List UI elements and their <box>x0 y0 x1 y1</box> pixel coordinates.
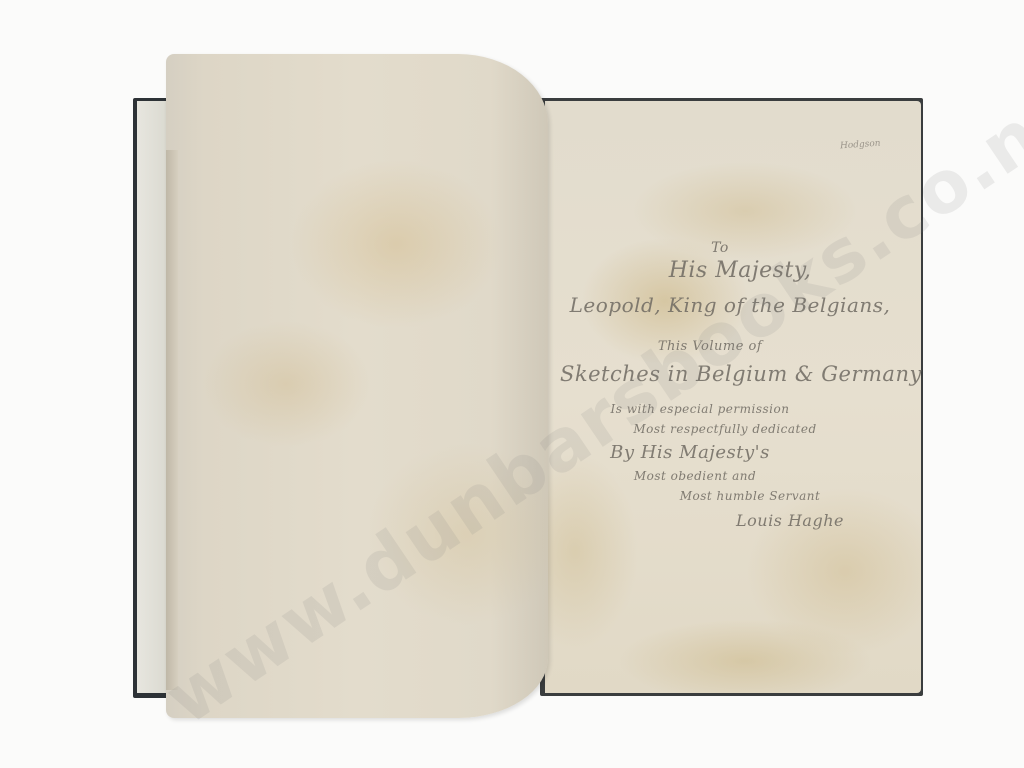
dedication-line: Sketches in Belgium & Germany <box>560 362 900 386</box>
dedication-line: Most obedient and <box>490 469 900 483</box>
dedication-line: By His Majesty's <box>480 442 900 463</box>
dedication-signature: Louis Haghe <box>680 511 900 530</box>
dedication-line: To <box>540 240 900 256</box>
book-photo: Hodgson To His Majesty, Leopold, King of… <box>0 0 1024 768</box>
dedication-line: This Volume of <box>520 339 900 354</box>
turned-blank-page <box>166 54 548 718</box>
dedication-line: Most respectfully dedicated <box>550 422 900 436</box>
dedication-line: Is with especial permission <box>500 402 900 416</box>
dedication-line: Leopold, King of the Belgians, <box>560 293 900 317</box>
dedication-line: Most humble Servant <box>600 489 900 503</box>
calligraphic-dedication: To His Majesty, Leopold, King of the Bel… <box>560 240 900 530</box>
turned-page-edge <box>166 150 178 690</box>
dedication-line: His Majesty, <box>580 258 900 283</box>
